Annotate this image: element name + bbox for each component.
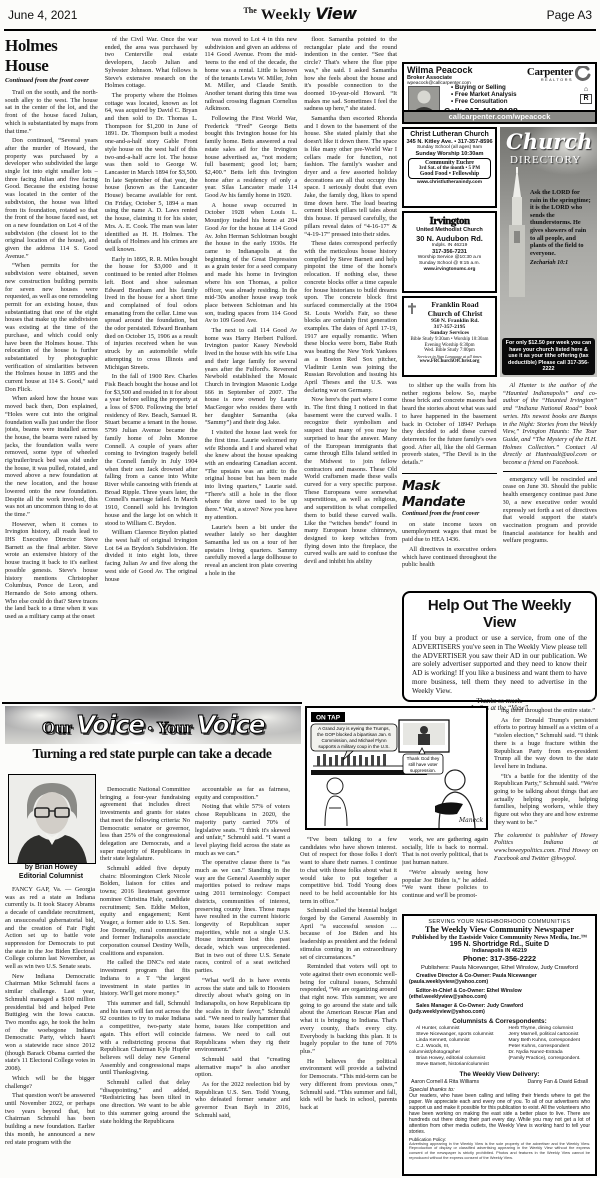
paragraph: • Free Market Analysis — [444, 91, 517, 98]
paragraph: When asked how the house was moved back … — [5, 395, 98, 518]
delivery-left: Aaron Cornell & Rita Williams — [411, 1079, 479, 1085]
paragraph: Schmuhl called the biennial budget forge… — [300, 907, 397, 961]
realtor-ad: Wilma Peacock Broker Associate wpeacock@… — [402, 62, 597, 124]
article-end-columns: to slither up the walls from his nether … — [402, 382, 597, 588]
paragraph: of the Civil War. Once the war ended, th… — [105, 36, 198, 90]
help-out-box: Help Out The Weekly View If you buy a pr… — [402, 591, 597, 702]
realtor-website[interactable]: callcarpenter.com/wpeacock — [402, 110, 597, 124]
voice-column-2: Democratic National Committee bringing a… — [100, 786, 190, 1178]
paragraph: Brian Howey, editorial columnist — [409, 1056, 498, 1062]
voice-column-5: work, we are gathering again socially, l… — [402, 836, 488, 910]
church-directory-subtitle: DIRECTORY — [510, 154, 597, 166]
scripture-quote: Ask the LORD for rain in the springtime;… — [530, 189, 592, 266]
paragraph: ing them throughout the entire state.” — [494, 707, 598, 715]
church-name: Irvington — [406, 215, 493, 227]
bubble-line: the GOP blocked a bipartisan Jan. 6 — [317, 732, 391, 737]
equal-housing-icon: ⌂ — [580, 86, 592, 94]
church-website[interactable]: www.irvingtonumc.org — [406, 267, 493, 272]
paragraph: He believes the political environment wi… — [300, 1058, 397, 1112]
holmes-column-1: Holmes House Continued from the front co… — [5, 36, 98, 702]
paragraph: He called the DNC's red state investment… — [100, 959, 190, 998]
service-time: Worship Service @10:30 a.m — [406, 255, 493, 261]
carpenter-logo: Carpenter REALTORS — [527, 66, 573, 82]
columnist-photo — [8, 774, 96, 864]
mask-col2-text: emergency will be rescinded and cease on… — [503, 476, 598, 547]
paragraph: to slither up the walls from his nether … — [402, 382, 497, 467]
author-bio: Al Hunter is the author of the “Haunted … — [503, 382, 598, 467]
paragraph: New Indiana Democratic Chairman Mike Sch… — [5, 973, 95, 1073]
paragraph: work, we are gathering again socially, l… — [402, 836, 488, 867]
paragraph: Democratic National Committee bringing a… — [100, 786, 190, 863]
paragraph: Early in 1895, R. R. Miles bought the ho… — [105, 256, 198, 372]
holmes-headline: Holmes House — [5, 36, 98, 76]
church-directory-title: Church — [506, 129, 597, 154]
masthead-the: The — [243, 6, 256, 15]
staff-list: Al Hunter, columnistSteve Nicewanger, sp… — [409, 1026, 590, 1067]
church-website[interactable]: www.FRChurchOfChrist.org — [406, 359, 493, 364]
paragraph: was moved to Lot 4 in this new subdivisi… — [205, 36, 298, 113]
church-ad-irvington-umc: Irvington United Methodist Church 30 N. … — [402, 211, 497, 292]
paragraph: on state income taxes on unemployment wa… — [402, 521, 497, 544]
holmes-column-2: of the Civil War. Once the war ended, th… — [105, 36, 198, 702]
paragraph: Schmuhl said that “creating alternative … — [195, 1056, 290, 1079]
bubble-line: Commission, and Michael Flynn — [321, 738, 387, 743]
masthead-view: View — [315, 4, 356, 23]
delivery-heading: The Weekly View Delivery: — [409, 1071, 590, 1078]
paragraph: FANCY GAP, Va. — Georgia was as red a st… — [5, 886, 95, 971]
paragraph: “When permits for the subdivision were o… — [5, 262, 98, 393]
paragraph: However, when it comes to Irvington hist… — [5, 521, 98, 621]
help-out-body: If you buy a product or use a service, f… — [412, 634, 587, 696]
paragraph: floor. Samantha pointed to the rectangul… — [304, 36, 397, 113]
header-rule — [4, 29, 596, 31]
paragraph: Laurie's been a bit under the weather la… — [205, 524, 298, 578]
paragraph: William Clarence Brydon platted the west… — [105, 529, 198, 583]
cartoon-drawing: ON TAP A Grand Jury is eyeing the Trumps… — [307, 708, 486, 828]
paragraph: Trail on the south, and the north-south … — [5, 89, 98, 135]
section-rule — [503, 471, 598, 472]
church-address: 30 N. Audubon Rd. — [406, 234, 493, 243]
paragraph: The next to call 114 Good Av home was Ha… — [205, 327, 298, 427]
mask-col1-text: on state income taxes on unemployment wa… — [402, 521, 497, 571]
paragraph: C.J. Woods, III, columnist/photographer — [409, 1044, 498, 1056]
paragraph: “What we'll do is have events across the… — [195, 977, 290, 1054]
banner-bullet: • — [148, 722, 153, 737]
help-out-title: Help Out The Weekly View — [412, 597, 587, 631]
service-time: Sunday School @ 9:15 a.m. — [406, 261, 493, 267]
paragraph: A house swap occurred in October 1928 wh… — [205, 202, 298, 325]
paragraph: Reminded that voters will opt to vote ag… — [300, 963, 397, 1055]
paper-name-line: The Weekly View Community Newspaper — [409, 925, 590, 934]
tv-caption-line: still have voter — [408, 762, 438, 767]
paragraph: Sales Manager & Co-Owner: Judy Crawford … — [409, 1003, 590, 1016]
church-listing-promo: For only $12.50 per week you can have yo… — [502, 338, 595, 375]
church-directory-panel: Church DIRECTORY Ask the LORD for rain i… — [500, 127, 597, 377]
paragraph: I visited the house last week for the fi… — [205, 429, 298, 521]
voice-headline: Turning a red state purple can take a de… — [2, 746, 302, 762]
paragraph: These dates correspond perfectly with th… — [304, 240, 397, 394]
byline-author: by Brian Howey — [8, 864, 94, 873]
carpenter-swoosh-icon — [575, 66, 591, 87]
scripture-text: Ask the LORD for rain in the springtime;… — [530, 189, 591, 257]
thanks-body: Our readers, who have been calling and t… — [409, 1093, 590, 1135]
paragraph: As for the 2022 reelection bid by Republ… — [195, 1081, 290, 1120]
section-rule — [402, 473, 497, 474]
tv-caption-line: Thank God they — [407, 756, 440, 761]
paragraph: Editor-in-Chief & Co-Owner: Ethel Winslo… — [409, 988, 590, 1001]
scripture-citation: Zechariah 10:1 — [530, 260, 592, 266]
end-column-left: to slither up the walls from his nether … — [402, 382, 497, 588]
church-name-2: United Methodist Church — [406, 227, 493, 233]
banner-your: Your — [157, 718, 193, 737]
byline-role: Editorial Columnist — [8, 873, 94, 882]
paragraph: • Free Consultation — [444, 98, 517, 105]
mask-continued-note: Continued from the front cover — [402, 511, 497, 517]
staff-list-right: Herb Thyme, dining columnistJerry Marnel… — [502, 1026, 591, 1067]
paragraph: “We're already seeing how popular Joe Bi… — [402, 869, 488, 900]
delivery-right: Danny Fan & David Edsall — [527, 1079, 588, 1085]
paragraph: In the fall of 1900 Rev. Charles Fisk Be… — [105, 373, 198, 527]
holmes-col1-text: Trail on the south, and the north-south … — [5, 89, 98, 623]
paragraph: emergency will be rescinded and cease on… — [503, 476, 598, 545]
holmes-continued-note: Continued from the front cover — [5, 77, 98, 84]
tv-caption-line: suppression. — [410, 768, 436, 773]
paragraph: Creative Director & Co-Owner: Paula Nice… — [409, 973, 590, 986]
voice-col6-text: ing them throughout the entire state.”As… — [494, 707, 598, 829]
voice-byline: by Brian Howey Editorial Columnist — [8, 864, 94, 881]
church-address: 345 N. Kitley Ave. • 317-357-8596 — [406, 139, 493, 145]
paragraph: Samantha then escorted Rhonda and I down… — [304, 115, 397, 238]
voice-column-4: “I've been talking to a few candidates w… — [300, 836, 397, 1178]
carpenter-wordmark: Carpenter — [527, 66, 573, 78]
paragraph: “I've been talking to a few candidates w… — [300, 836, 397, 905]
voice-column-3: accountable as far as fairness, equity a… — [195, 786, 290, 1178]
masthead-box: SERVING YOUR NEIGHBORHOOD COMMUNITIES Th… — [402, 914, 597, 1176]
staff-list-left: Al Hunter, columnistSteve Nicewanger, sp… — [409, 1026, 498, 1067]
paragraph: • Buying or Selling — [444, 84, 517, 91]
paragraph: Schmuhl added five deputy chairs: Bloomi… — [100, 865, 190, 957]
realtor-services-list: • Buying or Selling• Free Market Analysi… — [444, 84, 517, 106]
holmes-column-3: was moved to Lot 4 in this new subdivisi… — [205, 36, 298, 702]
church-directory: Christ Lutheran Church 345 N. Kitley Ave… — [402, 127, 597, 377]
bubble-line: supports a military coup in the U.S. — [318, 744, 389, 749]
banner-voice-1: Voice — [76, 710, 144, 739]
voice-column-6: ing them throughout the entire state.”As… — [494, 707, 598, 909]
cartoonist-signature: Maneck — [458, 817, 483, 824]
carpenter-realtors-label: REALTORS — [527, 78, 573, 82]
church-name: Franklin Road — [406, 300, 493, 309]
publishers-line: Publishers: Paula Nicewanger, Ethel Wins… — [409, 965, 590, 971]
service-time: Sunday School (all ages) 9am — [406, 145, 493, 151]
columnists-heading: Columnists & Correspondents: — [409, 1018, 590, 1025]
political-cartoon: ON TAP A Grand Jury is eyeing the Trumps… — [305, 706, 488, 830]
paragraph: Which will be the bigger challenge? — [5, 1075, 95, 1090]
paragraph: All directives in executive orders which… — [402, 546, 497, 569]
church-website[interactable]: www.christlutheranindy.com — [406, 180, 493, 185]
church-name-2: Church of Christ — [406, 309, 493, 318]
columnist-tagline: The columnist is publisher of Howey Poli… — [494, 832, 598, 863]
euchre-box: Community Euchre 3rd Sat. of the month •… — [408, 158, 491, 179]
cross-icon — [408, 301, 416, 319]
policy-body: Advertising appearing in the Weekly View… — [409, 1142, 590, 1161]
published-by-line: Published by the Eastside Voice Communit… — [409, 934, 590, 941]
paragraph: The operative clause there is “as much a… — [195, 859, 290, 975]
holmes-column-4: floor. Samantha pointed to the rectangul… — [304, 36, 397, 702]
paragraph: The property where the Holmes cottage wa… — [105, 92, 198, 254]
end-column-right: Al Hunter is the author of the “Haunted … — [503, 382, 598, 588]
owner-roles-list: Creative Director & Co-Owner: Paula Nice… — [409, 973, 590, 1015]
realtor-cert-icons: ⌂ R — [580, 86, 592, 104]
page-number: Page A3 — [547, 8, 592, 22]
holmes-house-article: Holmes House Continued from the front co… — [5, 36, 397, 702]
phone-line: Phone: 317-356-2222 — [409, 954, 590, 963]
church-ads-column: Christ Lutheran Church 345 N. Kitley Ave… — [402, 127, 497, 377]
paragraph: Schmuhl called that delay “disappointing… — [100, 1079, 190, 1125]
paragraph: That question won't be answered until No… — [5, 1092, 95, 1146]
church-name: Christ Lutheran Church — [406, 131, 493, 139]
paragraph: Now here's the part where I come in. The… — [304, 396, 397, 565]
realtor-r-icon: R — [580, 94, 592, 104]
cartoon-title: ON TAP — [316, 715, 341, 722]
holmes-final-text: to slither up the walls from his nether … — [402, 382, 497, 469]
euchre-tag: Good Food • Fellowship — [410, 171, 489, 177]
church-ad-christ-lutheran: Christ Lutheran Church 345 N. Kitley Ave… — [402, 127, 497, 208]
church-steeple-image — [504, 167, 530, 302]
paragraph: (Family Practice), correspondent. — [502, 1056, 591, 1062]
paragraph: Following the First World War, Frederick… — [205, 115, 298, 200]
paper-masthead: The Weekly View — [0, 4, 600, 24]
church-ad-franklin-road: Franklin Road Church of Christ 950 N. Fr… — [402, 296, 497, 377]
paragraph: Don continued, “Several years after the … — [5, 137, 98, 260]
help-out-thanks: Thanks so much. — [412, 698, 587, 705]
banner-our: Our — [42, 718, 72, 737]
service-time: Bible Study 9:30am • Worship 10:30am — [406, 337, 493, 343]
masthead-weekly: Weekly — [261, 7, 312, 23]
address-line: 195 N. Shortridge Rd., Suite D — [409, 941, 590, 948]
delivery-names: Aaron Cornell & Rita Williams Danny Fan … — [411, 1079, 588, 1085]
our-voice-banner: Our Voice • Your Voice — [5, 706, 301, 744]
paragraph: Noting that while 57% of voters chose Re… — [195, 803, 290, 857]
mask-mandate-headline: Mask Mandate — [402, 478, 497, 510]
service-time: Sunday Worship 10:30am — [406, 151, 493, 157]
paragraph: Steve Barnett, historian/columnist — [409, 1062, 498, 1068]
newspaper-page: { "header": {"date": "June 4, 2021", "th… — [0, 0, 600, 1178]
paragraph: “It's a battle for the identity of the R… — [494, 773, 598, 827]
paragraph: This summer and fall, Schmuhl and his te… — [100, 1000, 190, 1077]
banner-voice-2: Voice — [197, 710, 265, 739]
paragraph: As for Donald Trump's persistent efforts… — [494, 717, 598, 771]
voice-column-1: FANCY GAP, Va. — Georgia was as red a st… — [5, 886, 95, 1178]
page-header: June 4, 2021 The Weekly View Page A3 — [0, 0, 600, 30]
bubble-line: A Grand Jury is eyeing the Trumps, — [318, 726, 390, 731]
voice-section-rule — [2, 702, 302, 704]
paragraph: accountable as far as fairness, equity a… — [195, 786, 290, 801]
